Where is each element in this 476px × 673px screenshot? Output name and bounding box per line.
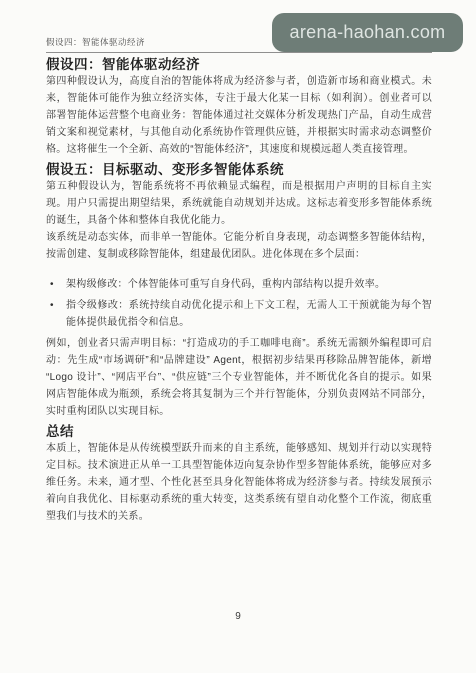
paragraph-example: 例如，创业者只需声明目标：“打造成功的手工咖啡电商”。系统无需额外编程即可启动：… (46, 335, 432, 420)
section-heading-hypothesis-5: 假设五：目标驱动、变形多智能体系统 (46, 158, 432, 178)
paragraph-hypothesis-4: 第四种假设认为，高度自治的智能体将成为经济参与者，创造新市场和商业模式。未来，智… (46, 73, 432, 158)
section-heading-summary: 总结 (46, 420, 432, 440)
bullet-icon: • (50, 297, 66, 331)
list-item: • 架构级修改：个体智能体可重写自身代码，重构内部结构以提升效率。 (50, 276, 432, 293)
watermark-badge: arena-haohan.com (272, 13, 463, 52)
list-item: • 指令级修改：系统持续自动优化提示和上下文工程，无需人工干预就能为每个智能体提… (50, 297, 432, 331)
list-item-text: 架构级修改：个体智能体可重写自身代码，重构内部结构以提升效率。 (66, 276, 432, 293)
bullet-icon: • (50, 276, 66, 293)
paragraph-summary: 本质上，智能体是从传统模型跃升而来的自主系统，能够感知、规划并行动以实现特定目标… (46, 440, 432, 525)
paragraph-hypothesis-5-intro: 第五种假设认为，智能系统将不再依赖显式编程，而是根据用户声明的目标自主实现。用户… (46, 178, 432, 229)
list-item-text: 指令级修改：系统持续自动优化提示和上下文工程，无需人工干预就能为每个智能体提供最… (66, 297, 432, 331)
evolution-levels-list: • 架构级修改：个体智能体可重写自身代码，重构内部结构以提升效率。 • 指令级修… (46, 276, 432, 331)
page-number: 9 (0, 611, 476, 622)
paragraph-dynamic-system: 该系统是动态实体，而非单一智能体。它能分析自身表现，动态调整多智能体结构，按需创… (46, 229, 432, 263)
section-heading-hypothesis-4: 假设四：智能体驱动经济 (46, 53, 432, 73)
document-page: 假设四：智能体驱动经济 假设四：智能体驱动经济 第四种假设认为，高度自治的智能体… (0, 0, 476, 673)
